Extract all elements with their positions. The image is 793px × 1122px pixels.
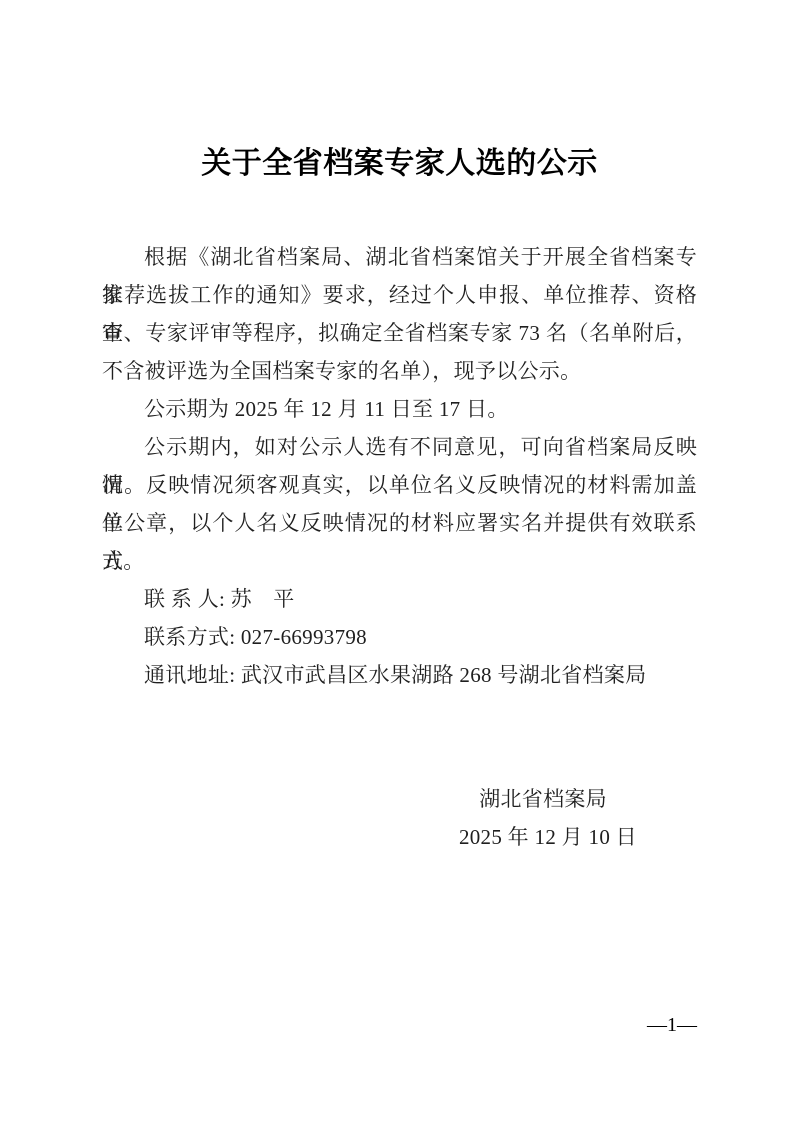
body-line: 推荐选拔工作的通知》要求，经过个人申报、单位推荐、资格审	[102, 276, 697, 314]
contact-address-line: 通讯地址: 武汉市武昌区水果湖路 268 号湖北省档案局	[102, 656, 697, 694]
contact-person-line: 联 系 人: 苏 平	[102, 580, 697, 618]
body-line: 查、专家评审等程序，拟确定全省档案专家 73 名（名单附后，	[102, 314, 697, 352]
document-page: 关于全省档案专家人选的公示 根据《湖北省档案局、湖北省档案馆关于开展全省档案专家…	[0, 0, 793, 1122]
signature-date: 2025 年 12 月 10 日	[102, 818, 697, 856]
contact-phone-line: 联系方式: 027-66993798	[102, 618, 697, 656]
body-line: 不含被评选为全国档案专家的名单），现予以公示。	[102, 352, 697, 390]
document-title: 关于全省档案专家人选的公示	[102, 146, 697, 182]
page-number: —1—	[647, 1012, 697, 1038]
document-body: 根据《湖北省档案局、湖北省档案馆关于开展全省档案专家 推荐选拔工作的通知》要求，…	[102, 238, 697, 694]
body-line: 公示期为 2025 年 12 月 11 日至 17 日。	[102, 390, 697, 428]
signature-block: 湖北省档案局 2025 年 12 月 10 日	[102, 780, 697, 856]
body-line: 公示期内，如对公示人选有不同意见，可向省档案局反映情	[102, 428, 697, 466]
body-line: 根据《湖北省档案局、湖北省档案馆关于开展全省档案专家	[102, 238, 697, 276]
signature-org: 湖北省档案局	[102, 780, 697, 818]
body-line: 位公章，以个人名义反映情况的材料应署实名并提供有效联系方	[102, 504, 697, 542]
body-line: 况。反映情况须客观真实，以单位名义反映情况的材料需加盖单	[102, 466, 697, 504]
body-line: 式。	[102, 542, 697, 580]
